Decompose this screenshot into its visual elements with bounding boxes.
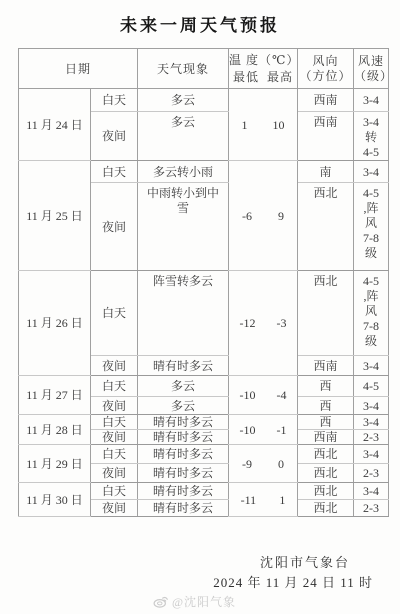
table-row: 11 月 28 日 白天 晴有时多云 -10 -1 西 3-4 [19, 415, 389, 430]
wind-speed-cell: 3-4 [354, 483, 389, 500]
wind-direction-cell: 西南 [298, 112, 354, 161]
temp-min: -10 [240, 423, 256, 437]
date-cell: 11 月 29 日 [19, 445, 91, 483]
temp-max: 10 [273, 118, 285, 132]
wind-speed-cell: 2-3 [354, 500, 389, 517]
table-row: 11 月 26 日 白天 阵雪转多云 -12 -3 西北 4-5 ,阵 风 7-… [19, 271, 389, 356]
temp-min: 1 [242, 118, 248, 132]
wind-speed-cell: 3-4 [354, 415, 389, 430]
weibo-icon [153, 595, 168, 608]
header-temperature-title: 温 度（℃） [229, 53, 297, 67]
agency-name: 沈阳市气象台 [260, 552, 350, 571]
weather-cell: 多云 [138, 397, 229, 415]
night-label: 夜间 [91, 430, 138, 445]
day-label: 白天 [91, 271, 138, 356]
wind-direction-cell: 西南 [298, 89, 354, 112]
temp-min: -9 [242, 457, 252, 471]
weather-cell: 晴有时多云 [138, 445, 229, 464]
date-cell: 11 月 28 日 [19, 415, 91, 445]
temp-cell: -6 9 [229, 161, 298, 271]
wind-speed-cell: 4-5 [354, 376, 389, 397]
wind-direction-cell: 西 [298, 415, 354, 430]
date-cell: 11 月 30 日 [19, 483, 91, 517]
night-label: 夜间 [91, 464, 138, 483]
header-temp-max: 最高 [267, 70, 293, 84]
wind-speed-cell: 3-4 转 4-5 [354, 112, 389, 161]
date-cell: 11 月 24 日 [19, 89, 91, 161]
weather-cell: 多云 [138, 112, 229, 161]
night-label: 夜间 [91, 397, 138, 415]
wind-direction-cell: 西北 [298, 464, 354, 483]
temp-max: -4 [277, 388, 287, 402]
wind-direction-cell: 西北 [298, 183, 354, 271]
temp-max: 1 [279, 493, 285, 507]
weather-cell: 晴有时多云 [138, 500, 229, 517]
temp-max: -3 [277, 316, 287, 330]
weather-bulletin: 未来一周天气预报 日期 天气现象 温 度（℃） 最低 最高 风向 （方位） 风速… [0, 0, 400, 614]
temp-cell: -11 1 [229, 483, 298, 517]
wind-speed-cell: 4-5 ,阵 风 7-8 级 [354, 271, 389, 356]
weather-cell: 多云 [138, 376, 229, 397]
header-temperature: 温 度（℃） 最低 最高 [229, 49, 298, 89]
temp-max: -1 [277, 423, 287, 437]
table-row: 11 月 25 日 白天 多云转小雨 -6 9 南 3-4 [19, 161, 389, 183]
page-title: 未来一周天气预报 [0, 0, 400, 36]
wind-direction-cell: 西北 [298, 500, 354, 517]
table-row: 11 月 30 日 白天 晴有时多云 -11 1 西北 3-4 [19, 483, 389, 500]
table-row: 11 月 27 日 白天 多云 -10 -4 西 4-5 [19, 376, 389, 397]
day-label: 白天 [91, 483, 138, 500]
night-label: 夜间 [91, 356, 138, 376]
temp-cell: -10 -4 [229, 376, 298, 415]
wind-direction-cell: 西北 [298, 483, 354, 500]
table-row: 11 月 24 日 白天 多云 1 10 西南 3-4 [19, 89, 389, 112]
weather-cell: 晴有时多云 [138, 483, 229, 500]
wind-direction-cell: 西北 [298, 445, 354, 464]
wind-speed-cell: 3-4 [354, 161, 389, 183]
weather-cell: 阵雪转多云 [138, 271, 229, 356]
temp-min: -12 [240, 316, 256, 330]
day-label: 白天 [91, 415, 138, 430]
weather-cell: 晴有时多云 [138, 356, 229, 376]
temp-cell: -12 -3 [229, 271, 298, 376]
night-label: 夜间 [91, 112, 138, 161]
wind-direction-cell: 西南 [298, 356, 354, 376]
weather-cell: 晴有时多云 [138, 464, 229, 483]
night-label: 夜间 [91, 183, 138, 271]
wind-direction-cell: 西 [298, 376, 354, 397]
wind-speed-cell: 3-4 [354, 89, 389, 112]
date-cell: 11 月 26 日 [19, 271, 91, 376]
temp-cell: 1 10 [229, 89, 298, 161]
temp-cell: -9 0 [229, 445, 298, 483]
wind-speed-cell: 3-4 [354, 356, 389, 376]
wind-speed-cell: 3-4 [354, 397, 389, 415]
weather-cell: 多云转小雨 [138, 161, 229, 183]
header-wind-speed: 风速 （级） [354, 49, 389, 89]
wind-speed-cell: 2-3 [354, 464, 389, 483]
wind-direction-cell: 西北 [298, 271, 354, 356]
weather-cell: 晴有时多云 [138, 430, 229, 445]
table-row: 11 月 29 日 白天 晴有时多云 -9 0 西北 3-4 [19, 445, 389, 464]
temp-max: 0 [278, 457, 284, 471]
temp-cell: -10 -1 [229, 415, 298, 445]
header-weather: 天气现象 [138, 49, 229, 89]
weather-cell: 晴有时多云 [138, 415, 229, 430]
forecast-table: 日期 天气现象 温 度（℃） 最低 最高 风向 （方位） 风速 （级） 11 月… [18, 48, 389, 517]
wind-direction-cell: 南 [298, 161, 354, 183]
header-temp-min: 最低 [233, 70, 259, 84]
watermark-text: @沈阳气象 [172, 593, 236, 610]
wind-speed-cell: 3-4 [354, 445, 389, 464]
day-label: 白天 [91, 445, 138, 464]
temp-min: -6 [242, 209, 252, 223]
date-cell: 11 月 27 日 [19, 376, 91, 415]
date-cell: 11 月 25 日 [19, 161, 91, 271]
wind-direction-cell: 西南 [298, 430, 354, 445]
weather-cell: 中雨转小到中 雪 [138, 183, 229, 271]
wind-direction-cell: 西 [298, 397, 354, 415]
watermark: @沈阳气象 [153, 593, 236, 610]
wind-speed-cell: 2-3 [354, 430, 389, 445]
header-wind-direction: 风向 （方位） [298, 49, 354, 89]
temp-max: 9 [278, 209, 284, 223]
header-date: 日期 [19, 49, 138, 89]
temp-min: -10 [240, 388, 256, 402]
day-label: 白天 [91, 161, 138, 183]
night-label: 夜间 [91, 500, 138, 517]
weather-cell: 多云 [138, 89, 229, 112]
wind-speed-cell: 4-5 ,阵 风 7-8 级 [354, 183, 389, 271]
day-label: 白天 [91, 89, 138, 112]
issue-time: 2024 年 11 月 24 日 11 时 [213, 572, 373, 591]
temp-min: -11 [241, 493, 257, 507]
day-label: 白天 [91, 376, 138, 397]
